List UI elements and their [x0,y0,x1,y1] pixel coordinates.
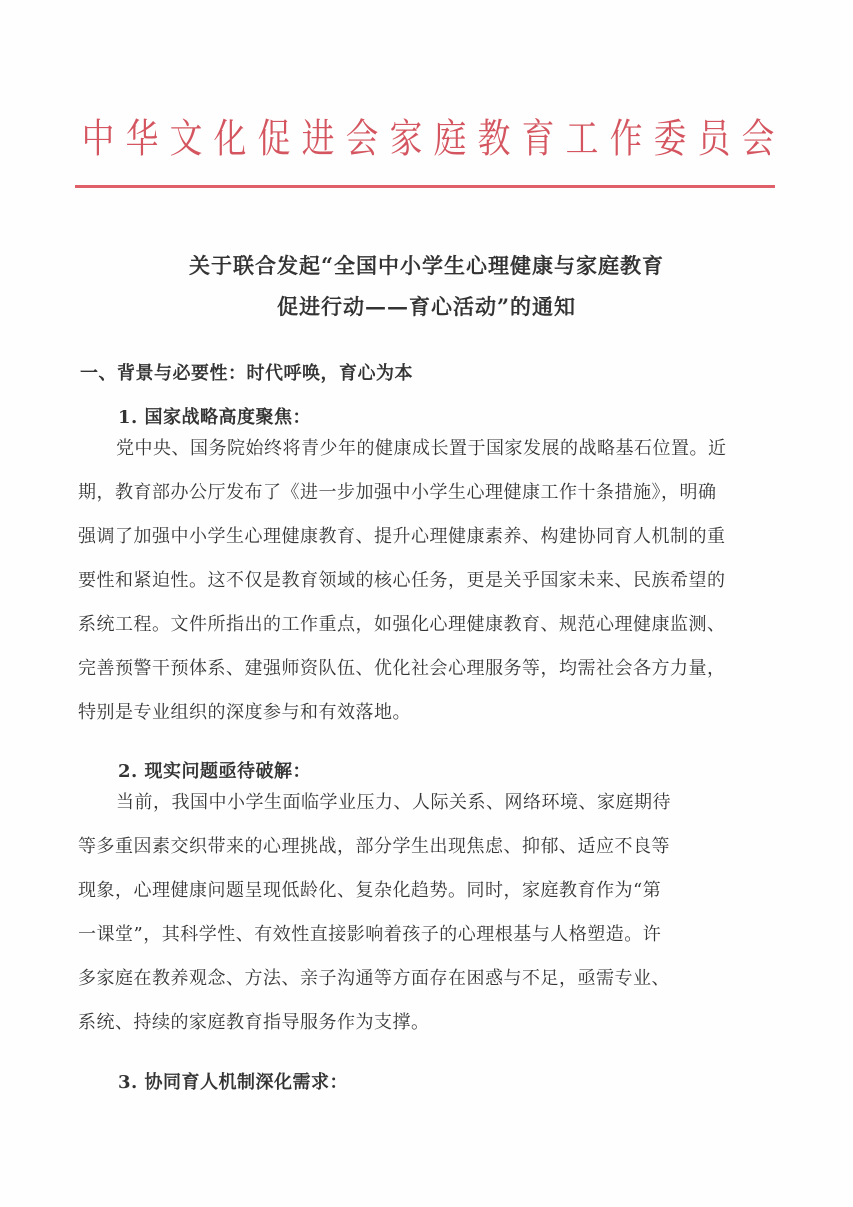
paragraph-national-strategy: 党中央、国务院始终将青少年的健康成长置于国家发展的战略基石位置。近 期，教育部办… [78,427,778,735]
letterhead-char: 会 [742,112,775,166]
letterhead-char: 委 [654,112,687,166]
subheading-real-problems: 2. 现实问题亟待破解： [118,757,311,783]
letterhead-char: 家 [390,112,423,166]
letterhead-char: 中 [82,112,115,166]
document-title-line-1: 关于联合发起“全国中小学生心理健康与家庭教育 [0,250,853,280]
subheading-national-strategy: 1. 国家战略高度聚焦： [118,403,311,429]
paragraph-line: 一课堂”，其科学性、有效性直接影响着孩子的心理根基与人格塑造。许 [78,913,778,957]
letterhead-char: 华 [126,112,159,166]
letterhead-char: 工 [566,112,599,166]
paragraph-line: 特别是专业组织的深度参与和有效落地。 [78,691,778,735]
paragraph-line: 系统、持续的家庭教育指导服务作为支撑。 [78,1001,778,1045]
paragraph-line: 等多重因素交织带来的心理挑战，部分学生出现焦虑、抑郁、适应不良等 [78,825,778,869]
letterhead-char: 育 [522,112,555,166]
letterhead-char: 化 [214,112,247,166]
letterhead-char: 员 [698,112,731,166]
letterhead-org-name: 中 华 文 化 促 进 会 家 庭 教 育 工 作 委 员 会 [78,112,778,166]
letterhead-char: 促 [258,112,291,166]
document-page: 中 华 文 化 促 进 会 家 庭 教 育 工 作 委 员 会 关于联合发起“全… [0,0,853,1207]
paragraph-line: 要性和紧迫性。这不仅是教育领域的核心任务，更是关乎国家未来、民族希望的 [78,559,778,603]
letterhead-char: 作 [610,112,643,166]
letterhead-char: 庭 [434,112,467,166]
paragraph-line: 党中央、国务院始终将青少年的健康成长置于国家发展的战略基石位置。近 [78,427,778,471]
letterhead-char: 教 [478,112,511,166]
paragraph-line: 现象，心理健康问题呈现低龄化、复杂化趋势。同时，家庭教育作为“第 [78,869,778,913]
paragraph-line: 完善预警干预体系、建强师资队伍、优化社会心理服务等，均需社会各方力量， [78,647,778,691]
letterhead-char: 会 [346,112,379,166]
subheading-collaborative-mechanism: 3. 协同育人机制深化需求： [118,1068,348,1094]
paragraph-real-problems: 当前，我国中小学生面临学业压力、人际关系、网络环境、家庭期待 等多重因素交织带来… [78,781,778,1045]
letterhead-char: 进 [302,112,335,166]
letterhead-char: 文 [170,112,203,166]
paragraph-line: 多家庭在教养观念、方法、亲子沟通等方面存在困惑与不足，亟需专业、 [78,957,778,1001]
paragraph-line: 当前，我国中小学生面临学业压力、人际关系、网络环境、家庭期待 [78,781,778,825]
document-title-line-2: 促进行动——育心活动”的通知 [0,291,853,321]
section-heading-background: 一、背景与必要性：时代呼唤，育心为本 [80,359,413,385]
paragraph-line: 期，教育部办公厅发布了《进一步加强中小学生心理健康工作十条措施》，明确 [78,471,778,515]
letterhead-divider [75,185,775,188]
paragraph-line: 强调了加强中小学生心理健康教育、提升心理健康素养、构建协同育人机制的重 [78,515,778,559]
paragraph-line: 系统工程。文件所指出的工作重点，如强化心理健康教育、规范心理健康监测、 [78,603,778,647]
